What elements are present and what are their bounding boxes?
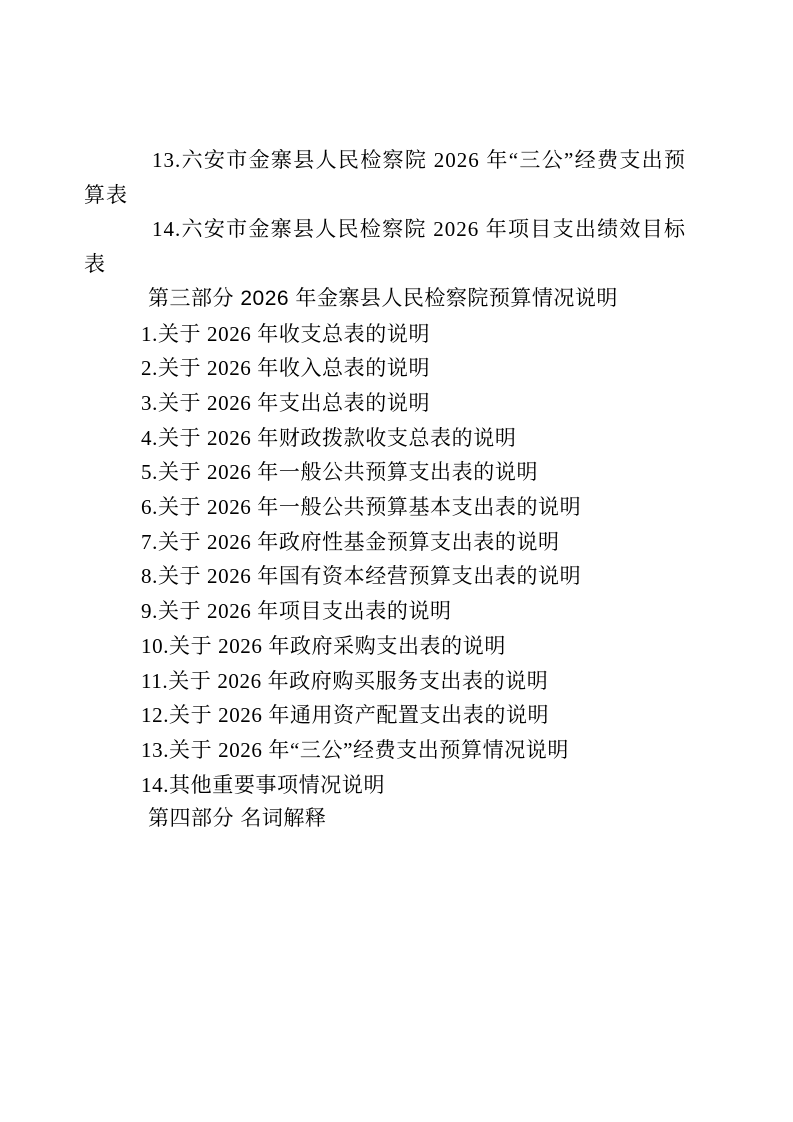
toc-part3-item-5: 5.关于 2026 年一般公共预算支出表的说明 [84, 455, 686, 490]
toc-part3-item-8: 8.关于 2026 年国有资本经营预算支出表的说明 [84, 559, 686, 594]
document-page: 13.六安市金寨县人民检察院 2026 年“三公”经费支出预算表 14.六安市金… [0, 0, 793, 1122]
toc-part3-item-10: 10.关于 2026 年政府采购支出表的说明 [84, 629, 686, 664]
toc-content: 13.六安市金寨县人民检察院 2026 年“三公”经费支出预算表 14.六安市金… [84, 143, 686, 837]
toc-part3-item-12: 12.关于 2026 年通用资产配置支出表的说明 [84, 698, 686, 733]
toc-part2-item-14: 14.六安市金寨县人民检察院 2026 年项目支出绩效目标表 [84, 212, 686, 281]
toc-part3-item-4: 4.关于 2026 年财政拨款收支总表的说明 [84, 421, 686, 456]
toc-part3-item-6: 6.关于 2026 年一般公共预算基本支出表的说明 [84, 490, 686, 525]
toc-part3-item-3: 3.关于 2026 年支出总表的说明 [84, 386, 686, 421]
toc-part4-heading: 第四部分 名词解释 [84, 802, 686, 837]
toc-part3-item-7: 7.关于 2026 年政府性基金预算支出表的说明 [84, 525, 686, 560]
toc-part2-item-13: 13.六安市金寨县人民检察院 2026 年“三公”经费支出预算表 [84, 143, 686, 212]
toc-part3-item-2: 2.关于 2026 年收入总表的说明 [84, 351, 686, 386]
toc-part3-heading: 第三部分 2026 年金寨县人民检察院预算情况说明 [84, 282, 686, 317]
toc-part3-item-14: 14.其他重要事项情况说明 [84, 768, 686, 803]
toc-part3-item-1: 1.关于 2026 年收支总表的说明 [84, 317, 686, 352]
toc-part3-item-9: 9.关于 2026 年项目支出表的说明 [84, 594, 686, 629]
toc-part3-item-11: 11.关于 2026 年政府购买服务支出表的说明 [84, 664, 686, 699]
toc-part3-item-13: 13.关于 2026 年“三公”经费支出预算情况说明 [84, 733, 686, 768]
